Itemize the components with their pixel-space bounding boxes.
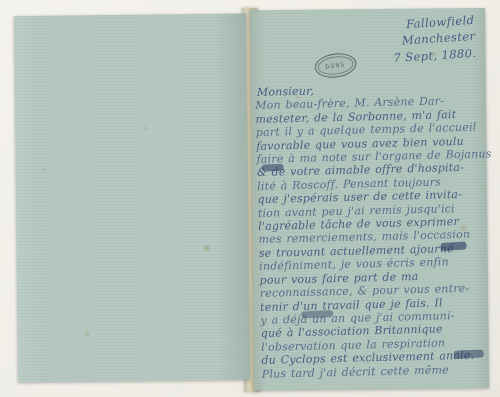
letter-right-page: Fallowfield Manchester 7 Sept, 1880. DON… — [250, 8, 489, 390]
collection-stamp: DONS — [313, 51, 358, 80]
letter-left-page-blank — [14, 14, 250, 383]
letter-sheet: Fallowfield Manchester 7 Sept, 1880. DON… — [0, 0, 500, 397]
collection-stamp-label: DONS — [325, 61, 346, 71]
letter-body: Monsieur, Mon beau-frère, M. Arsène Dar-… — [255, 80, 489, 380]
letter-header: Fallowfield Manchester 7 Sept, 1880. — [391, 12, 477, 66]
